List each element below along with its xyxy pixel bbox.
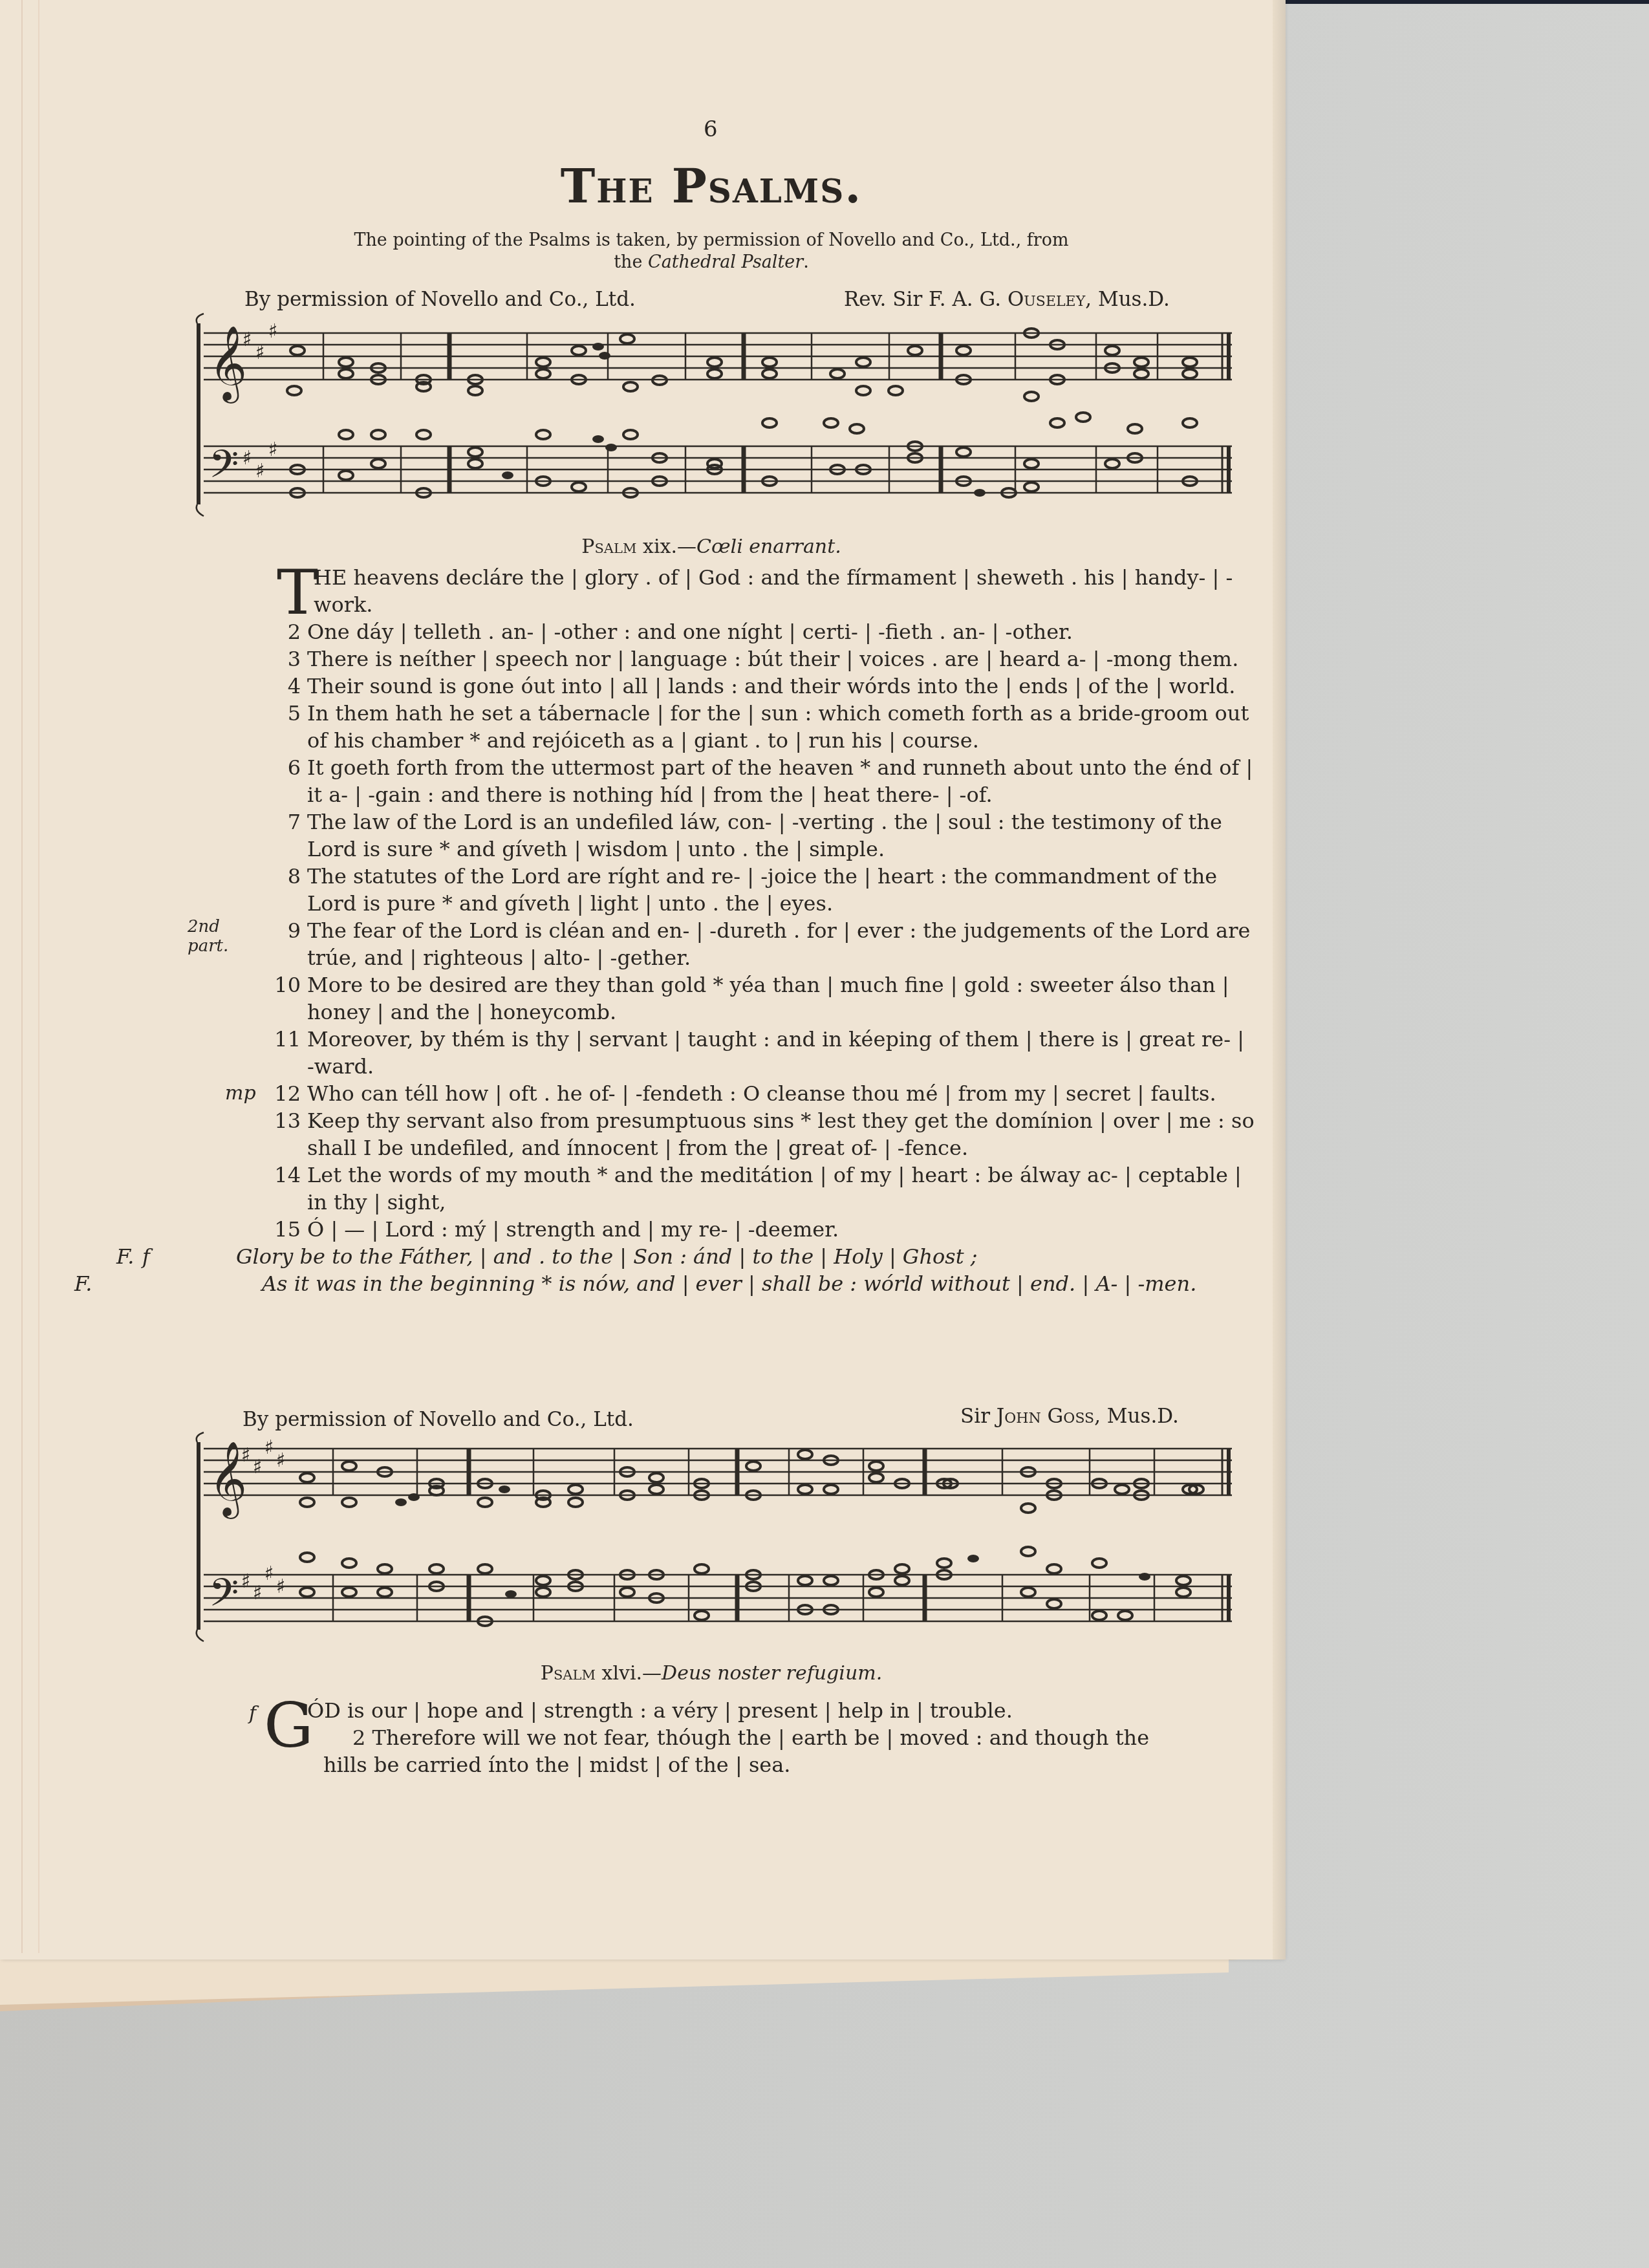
dynamic-mp: mp	[225, 1080, 256, 1107]
verse-number: 2	[272, 618, 301, 645]
verse-text: HE heavens decláre the | glory . of | Go…	[314, 565, 1233, 617]
verse-6: 6It goeth forth from the uttermost part …	[194, 754, 1255, 808]
svg-text:♯: ♯	[242, 329, 252, 351]
music-staff-icon: 𝄞 𝄢 ♯♯♯ ♯♯♯	[191, 310, 1245, 517]
verse-number: 15	[272, 1216, 301, 1243]
svg-text:𝄢: 𝄢	[209, 1570, 239, 1625]
verse-15: 15Ó | — | Lord : mý | strength and | my …	[194, 1216, 1255, 1243]
verse-12: mp12Who can téll how | oft . he of- | -f…	[194, 1080, 1255, 1107]
svg-text:♯: ♯	[268, 320, 278, 343]
verse-number: 13	[272, 1107, 301, 1134]
verse-10: 10More to be desired are they than gold …	[194, 971, 1255, 1026]
verse-text: Let the words of my mouth * and the medi…	[307, 1163, 1242, 1215]
verse-text: Therefore will we not fear, thóugh the |…	[372, 1725, 1150, 1750]
verse-text: In them hath he set a tábernacle | for t…	[307, 701, 1249, 753]
svg-text:♯: ♯	[255, 341, 265, 364]
verse-number: 10	[272, 971, 301, 999]
chant2-score: 𝄞 𝄢 ♯♯♯♯ ♯♯♯♯	[191, 1429, 1245, 1643]
verse-8: 8The statutes of the Lord are ríght and …	[194, 863, 1255, 917]
psalm-number: xlvi.—	[596, 1662, 662, 1685]
psalm-label: Psalm	[581, 535, 636, 558]
verse-1: HE heavens decláre the | glory . of | Go…	[194, 564, 1255, 618]
psalm19-heading: Psalm xix.—Cœli enarrant.	[0, 535, 1423, 558]
gloria-text: Glory be to the Fáther, | and . to the |…	[236, 1244, 978, 1269]
svg-text:𝄢: 𝄢	[209, 442, 239, 496]
gloria-line-2: F.As it was in the beginning * is nów, a…	[194, 1270, 1255, 1297]
subtitle: The pointing of the Psalms is taken, by …	[0, 230, 1423, 274]
verse-number: 11	[272, 1026, 301, 1053]
verse-text: One dáy | telleth . an- | -other : and o…	[307, 620, 1073, 644]
verse-14: 14Let the words of my mouth * and the me…	[194, 1161, 1255, 1216]
verse-text: Who can téll how | oft . he of- | -fende…	[307, 1081, 1216, 1106]
verse-text: The law of the Lord is an undefiled láw,…	[307, 810, 1222, 861]
svg-text:♯: ♯	[268, 438, 278, 461]
svg-text:♯: ♯	[264, 1436, 274, 1459]
full-marker: F.	[194, 1270, 262, 1297]
gloria-text: As it was in the beginning * is nów, and…	[262, 1271, 1196, 1296]
verse-text: The fear of the Lord is cléan and en- | …	[307, 918, 1250, 970]
psalter-title: Cathedral Psalter	[648, 252, 803, 272]
verse-number: 6	[272, 754, 301, 781]
chant1-composer: Rev. Sir F. A. G. Ouseley, Mus.D.	[844, 288, 1170, 311]
verse-11: 11Moreover, by thém is thy | servant | t…	[194, 1026, 1255, 1080]
verse-number: 8	[272, 863, 301, 890]
verse-text: Moreover, by thém is thy | servant | tau…	[307, 1027, 1244, 1079]
svg-text:♯: ♯	[276, 1575, 286, 1598]
chant1-permission: By permission of Novello and Co., Ltd.	[244, 288, 636, 311]
verse-text: Their sound is gone óut into | all | lan…	[307, 674, 1235, 698]
verse-2: 2 Therefore will we not fear, thóugh the…	[307, 1724, 1245, 1751]
verse-number: 5	[272, 700, 301, 727]
verse-5: 5In them hath he set a tábernacle | for …	[194, 700, 1255, 754]
dynamic-f: f	[220, 1243, 236, 1270]
verse-text: The statutes of the Lord are ríght and r…	[307, 864, 1217, 916]
subtitle-prefix: the	[614, 252, 648, 272]
composer-name: John Goss	[997, 1405, 1094, 1428]
svg-text:♯: ♯	[276, 1449, 286, 1472]
verse-9: 2nd part.9The fear of the Lord is cléan …	[194, 917, 1255, 971]
verse-2-continued: hills be carried ínto the | midst | of t…	[323, 1751, 1245, 1778]
verse-3: 3There is neíther | speech nor | languag…	[194, 645, 1255, 673]
svg-text:♯: ♯	[253, 1456, 263, 1478]
svg-text:♯: ♯	[255, 460, 265, 482]
document-page: 6 The Psalms. The pointing of the Psalms…	[0, 0, 1284, 1960]
page-title: The Psalms.	[0, 158, 1423, 213]
dynamic-f: f	[249, 1702, 256, 1725]
psalm-latin-title: Deus noster refugium.	[662, 1662, 882, 1685]
verse-number: 4	[272, 673, 301, 700]
verse-number: 7	[272, 808, 301, 836]
subtitle-line-1: The pointing of the Psalms is taken, by …	[0, 230, 1423, 252]
margin-note-2nd-part: 2nd part.	[188, 917, 233, 956]
svg-text:♯: ♯	[264, 1562, 274, 1585]
chant2-composer: Sir John Goss, Mus.D.	[960, 1405, 1179, 1428]
verse-13: 13Keep thy servant also from presumptuou…	[194, 1107, 1255, 1161]
psalm-latin-title: Cœli enarrant.	[696, 535, 841, 558]
svg-text:♯: ♯	[242, 447, 252, 470]
verse-1: ÓD is our | hope and | strength : a véry…	[307, 1697, 1245, 1724]
subtitle-suffix: .	[803, 252, 809, 272]
subtitle-line-2: the Cathedral Psalter.	[0, 252, 1423, 274]
full-marker: F.	[194, 1243, 220, 1270]
verse-number: 2	[352, 1725, 365, 1750]
verse-text: Ó | — | Lord : mý | strength and | my re…	[307, 1217, 839, 1242]
composer-name: Ouseley	[1008, 288, 1085, 311]
verse-text: More to be desired are they than gold * …	[307, 973, 1229, 1024]
chant1-score: 𝄞 𝄢 ♯♯♯ ♯♯♯	[191, 310, 1245, 517]
composer-suffix: , Mus.D.	[1085, 288, 1170, 311]
composer-prefix: Rev. Sir F. A. G.	[844, 288, 1008, 311]
verse-text: It goeth forth from the uttermost part o…	[307, 755, 1253, 807]
psalm46-verses: ÓD is our | hope and | strength : a véry…	[307, 1697, 1245, 1778]
svg-text:♯: ♯	[241, 1444, 251, 1467]
svg-text:♯: ♯	[241, 1570, 251, 1593]
verse-2: 2One dáy | telleth . an- | -other : and …	[194, 618, 1255, 645]
psalm-number: xix.—	[636, 535, 696, 558]
dropcap-G: G	[264, 1694, 314, 1756]
music-staff-icon: 𝄞 𝄢 ♯♯♯♯ ♯♯♯♯	[191, 1429, 1245, 1643]
svg-text:♯: ♯	[253, 1582, 263, 1604]
page-fold	[21, 0, 39, 1953]
composer-suffix: , Mus.D.	[1094, 1405, 1179, 1428]
verse-text: Keep thy servant also from presumptuous …	[307, 1108, 1255, 1160]
psalm-label: Psalm	[541, 1662, 596, 1685]
psalm19-verses: HE heavens decláre the | glory . of | Go…	[194, 564, 1255, 1297]
scanner-lid-edge	[1274, 0, 1649, 4]
psalm46-heading: Psalm xlvi.—Deus noster refugium.	[0, 1662, 1423, 1685]
verse-number: 9	[272, 917, 301, 944]
verse-7: 7The law of the Lord is an undefiled láw…	[194, 808, 1255, 863]
verse-4: 4Their sound is gone óut into | all | la…	[194, 673, 1255, 700]
page-number: 6	[704, 116, 718, 142]
gloria-line-1: F.fGlory be to the Fáther, | and . to th…	[194, 1243, 1255, 1270]
verse-number: 14	[272, 1161, 301, 1189]
svg-text:𝄞: 𝄞	[209, 325, 247, 404]
verse-number: 3	[272, 645, 301, 673]
verse-number: 12	[272, 1080, 301, 1107]
chant2-permission: By permission of Novello and Co., Ltd.	[242, 1408, 634, 1431]
composer-prefix: Sir	[960, 1405, 997, 1428]
verse-text: There is neíther | speech nor | language…	[307, 647, 1238, 671]
